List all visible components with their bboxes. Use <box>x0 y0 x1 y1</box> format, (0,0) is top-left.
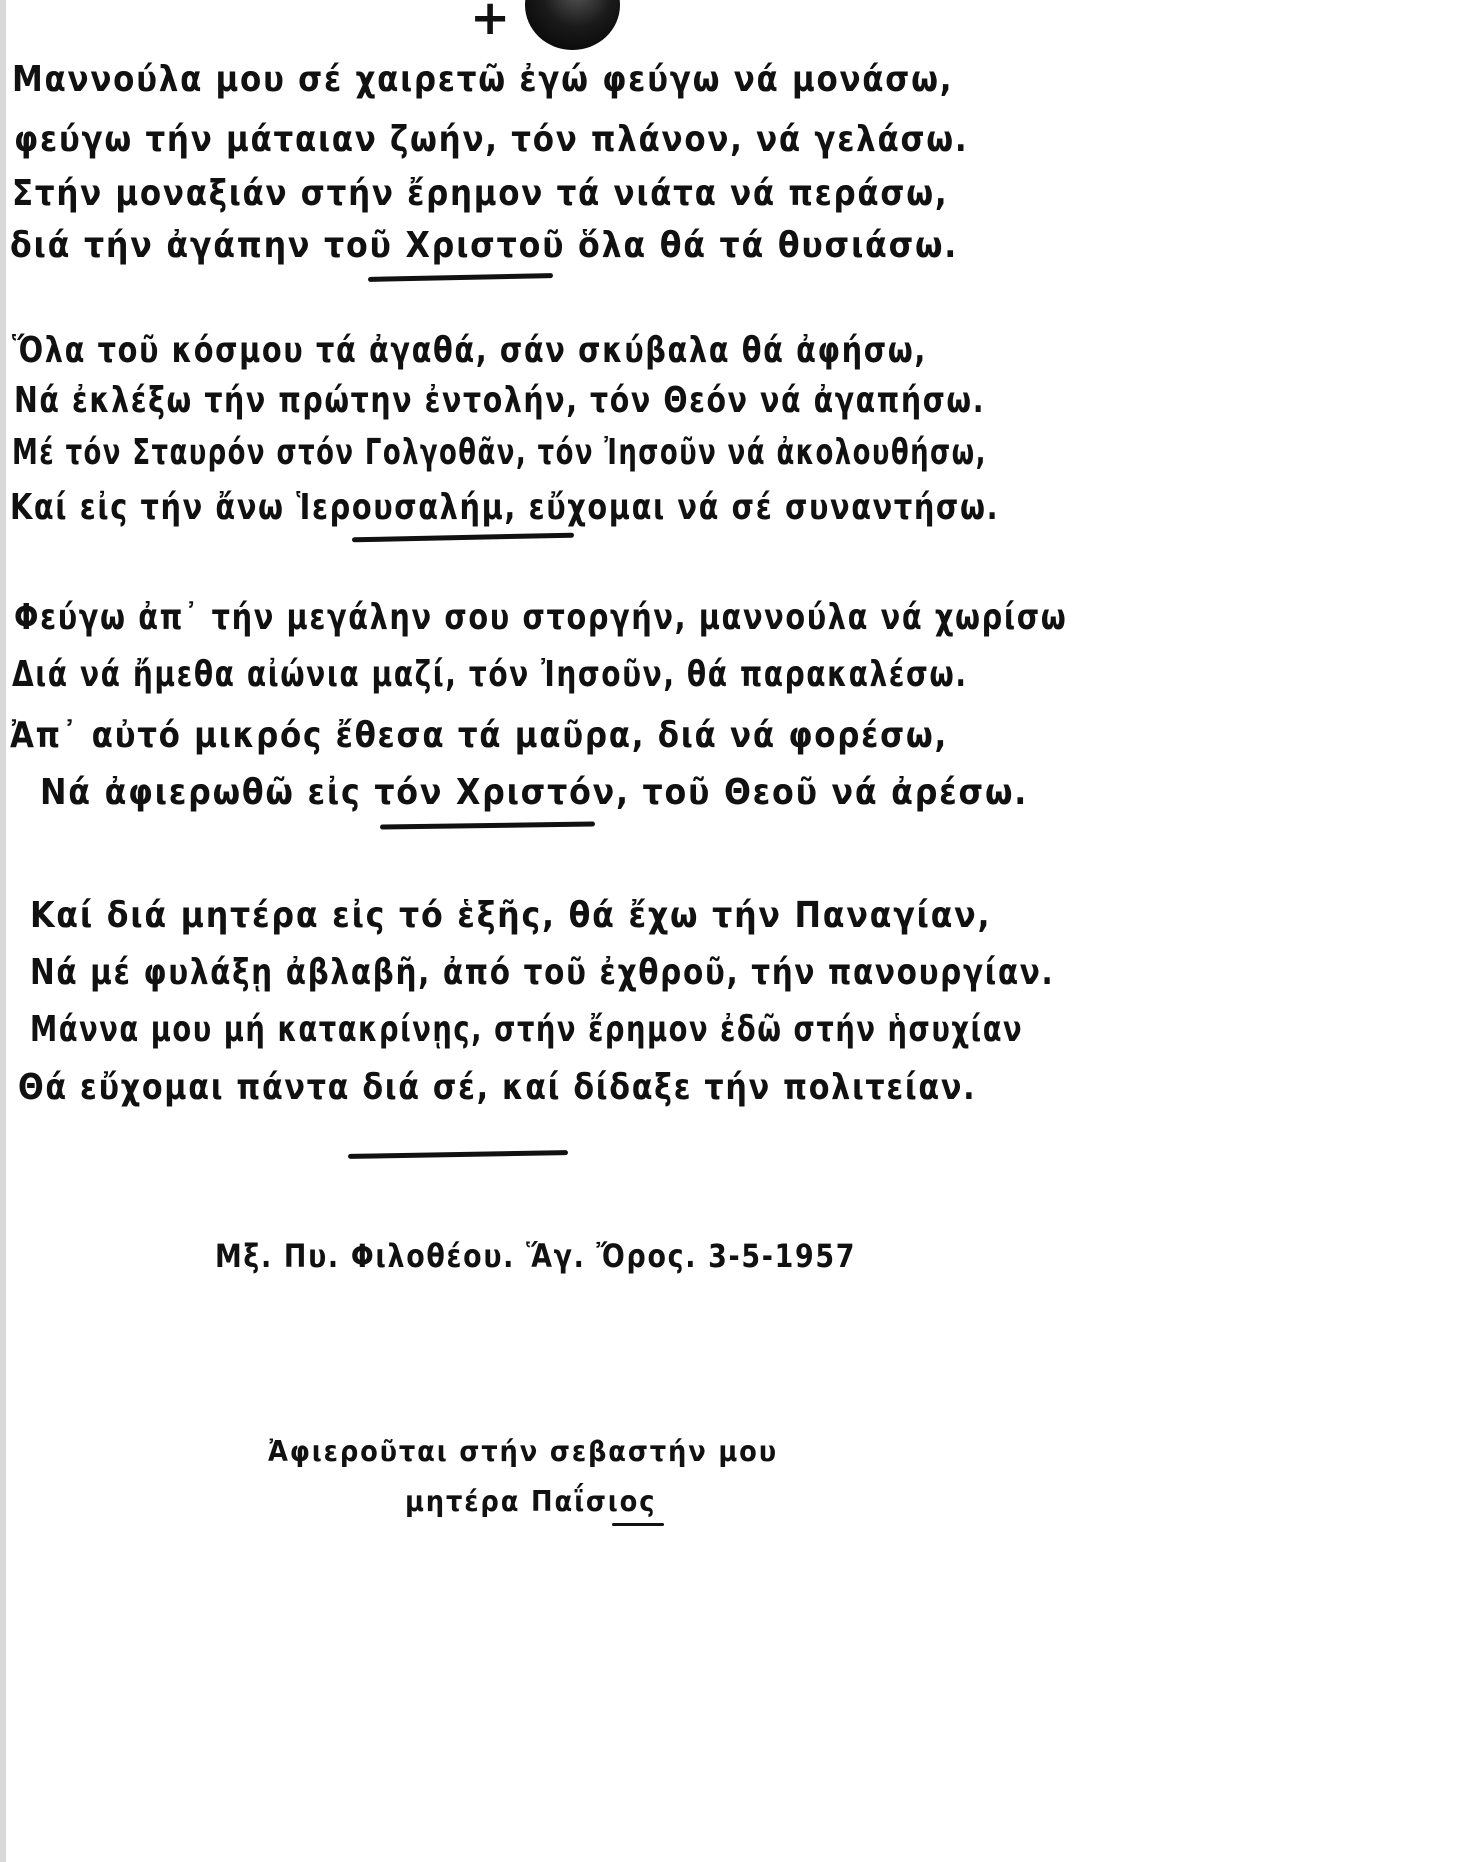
seal-photo-icon <box>525 0 620 50</box>
poem-line: Θά εὔχομαι πάντα διά σέ, καί δίδαξε τήν … <box>18 1070 976 1106</box>
section-divider <box>380 821 595 829</box>
section-divider <box>352 533 574 543</box>
poem-line: Νά ἐκλέξω τήν πρώτην ἐντολήν, τόν Θεόν ν… <box>14 383 985 419</box>
poem-line: Μαννούλα μου σέ χαιρετῶ ἐγώ φεύγω νά μον… <box>12 62 953 98</box>
poem-line: Νά μέ φυλάξῃ ἀβλαβῆ, ἀπό τοῦ ἐχθροῦ, τήν… <box>30 955 1054 991</box>
poem-line: διά τήν ἀγάπην τοῦ Χριστοῦ ὅλα θά τά θυσ… <box>10 228 958 264</box>
scanned-document-page: + Μαννούλα μου σέ χαιρετῶ ἐγώ φεύγω νά μ… <box>0 0 1474 1862</box>
poem-line: Καί εἰς τήν ἄνω Ἱερουσαλήμ, εὔχομαι νά σ… <box>10 490 999 526</box>
poem-line: Νά ἀφιερωθῶ εἰς τόν Χριστόν, τοῦ Θεοῦ νά… <box>40 775 1028 811</box>
poem-line: Μέ τόν Σταυρόν στόν Γολγοθᾶν, τόν Ἰησοῦν… <box>12 435 987 471</box>
poem-line: Ὅλα τοῦ κόσμου τά ἀγαθά, σάν σκύβαλα θά … <box>12 333 927 369</box>
poem-line: Διά νά ἤμεθα αἰώνια μαζί, τόν Ἰησοῦν, θά… <box>12 657 968 693</box>
dedication-line-1: Ἀφιεροῦται στήν σεβαστήν μου <box>268 1438 778 1466</box>
cross-icon: + <box>470 0 510 42</box>
poem-line: Φεύγω ἀπ᾽ τήν μεγάλην σου στοργήν, μαννο… <box>14 600 1067 636</box>
scan-border <box>0 0 6 1862</box>
poem-line: Ἀπ᾽ αὐτό μικρός ἔθεσα τά μαῦρα, διά νά φ… <box>10 718 948 754</box>
signature-underline <box>612 1523 664 1526</box>
poem-line: Καί διά μητέρα εἰς τό ἑξῆς, θά ἔχω τήν Π… <box>30 898 991 934</box>
poem-line: φεύγω τήν μάταιαν ζωήν, τόν πλάνον, νά γ… <box>14 122 968 158</box>
section-divider <box>368 273 553 282</box>
section-divider <box>348 1150 568 1159</box>
poem-line: Μάννα μου μή κατακρίνῃς, στήν ἔρημον ἐδῶ… <box>30 1012 1023 1048</box>
dedication-line-2: μητέρα Παΐσιος <box>405 1488 656 1516</box>
place-date: Μξ. Πυ. Φιλοθέου. Ἅγ. Ὄρος. 3-5-1957 <box>215 1240 856 1272</box>
poem-line: Στήν μοναξιάν στήν ἔρημον τά νιάτα νά πε… <box>12 176 948 212</box>
